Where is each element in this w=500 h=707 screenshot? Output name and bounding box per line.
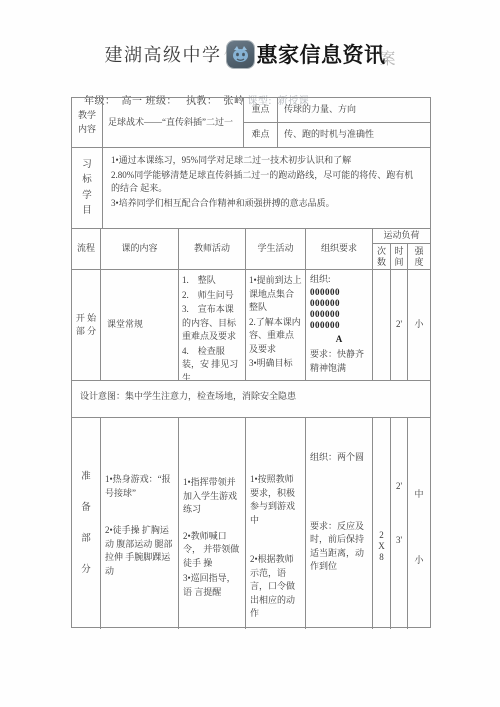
preparation-duration: 2' 3' bbox=[391, 418, 408, 629]
teacher-activity-item: 2•教师喊口令， 并带领做 徒手 操 bbox=[183, 530, 241, 571]
preparation-requirement: 要求：反应及时，前后保持适当距离，动作到位 bbox=[310, 520, 368, 574]
row-opening-part: 开 始 部 分 课堂常规 1. 整队 2. 师生问号 3. 宣布本课的内容、目标… bbox=[72, 270, 430, 381]
formation-row: 000000 bbox=[310, 309, 368, 320]
content-item: 1•热身游戏：“报 号接球” bbox=[105, 473, 174, 500]
preparation-stage-label: 准 备 部 分 bbox=[72, 418, 101, 629]
key-point-text: 传球的力量、方向 bbox=[278, 98, 430, 122]
row-teaching-content: 教学 内容 足球战术——“直传斜插”二过一 重点 传球的力量、方向 难点 传、跑… bbox=[72, 98, 430, 148]
teaching-content-value: 足球战术——“直传斜插”二过一 bbox=[103, 98, 244, 147]
lesson-plan-document: 建湖高级中学 体 惠家信息资讯 案 年级： 高一 班级： 执教： 张岭 课型: … bbox=[0, 0, 500, 707]
opening-stage-label: 开 始 部 分 bbox=[72, 270, 101, 380]
design-intent-text: 设计意图：集中学生注意力，检查场地，消除安全隐患 bbox=[72, 381, 430, 417]
duration-exercise: 3' bbox=[391, 534, 407, 548]
preparation-intensity: 中 小 bbox=[408, 418, 430, 629]
header-duration: 时 间 bbox=[391, 244, 408, 269]
exercise-load-title: 运动负荷 bbox=[373, 229, 430, 244]
teaching-content-label: 教学 内容 bbox=[72, 98, 103, 147]
teacher-activity-item: 1. 整队 bbox=[182, 274, 242, 288]
lesson-plan-table: 教学 内容 足球战术——“直传斜插”二过一 重点 传球的力量、方向 难点 传、跑… bbox=[71, 97, 431, 628]
row-preparation-part: 准 备 部 分 1•热身游戏：“报 号接球” 2•徒手操 扩胸运 动 腹部运动 … bbox=[72, 418, 430, 629]
watermark-text: 惠家信息资讯 bbox=[256, 39, 385, 69]
opening-times-cell bbox=[373, 270, 391, 380]
objective-line: 2.80%同学能够清楚足球直传斜插二过一的跑动路线，尽可能的将传、跑有机的结合 … bbox=[111, 169, 422, 196]
preparation-times: 2 X 8 bbox=[373, 418, 391, 629]
row-design-intent: 设计意图：集中学生注意力，检查场地，消除安全隐患 bbox=[72, 381, 430, 418]
header-student-activity: 学生活动 bbox=[246, 229, 306, 269]
header-exercise-load: 运动负荷 次 数 时 间 强 度 bbox=[373, 229, 430, 269]
organize-title: 组织: bbox=[310, 273, 368, 287]
header-organize: 组织要求 bbox=[306, 229, 373, 269]
opening-intensity: 小 bbox=[408, 270, 430, 380]
formation-row: 000000 bbox=[310, 320, 368, 331]
opening-content: 课堂常规 bbox=[101, 270, 179, 380]
duration-game: 2' bbox=[391, 480, 407, 494]
content-item: 2•徒手操 扩胸运 动 腹部运动 腿部 拉伸 手腕脚踝运 动 bbox=[105, 524, 174, 578]
objectives-text: 1•通过本课练习，95%同学对足球二过一技术初步认识和了解 2.80%同学能够清… bbox=[103, 148, 430, 228]
intensity-game: 中 bbox=[408, 488, 430, 502]
objectives-label: 习 标 学 目 bbox=[72, 148, 103, 228]
preparation-organize: 组织：两个圆 bbox=[310, 451, 368, 465]
preparation-organize-requirements: 组织：两个圆 要求：反应及时，前后保持适当距离，动作到位 bbox=[306, 418, 373, 629]
opening-duration: 2' bbox=[391, 270, 408, 380]
formation-row: 000000 bbox=[310, 298, 368, 309]
school-name: 建湖高级中学 bbox=[104, 41, 221, 67]
teacher-position-mark: A bbox=[310, 333, 368, 347]
preparation-content: 1•热身游戏：“报 号接球” 2•徒手操 扩胸运 动 腹部运动 腿部 拉伸 手腕… bbox=[101, 418, 179, 629]
teacher-activity-item: 4. 检查服装，安 排见习生 bbox=[182, 345, 242, 381]
objective-line: 1•通过本课练习，95%同学对足球二过一技术初步认识和了解 bbox=[111, 154, 422, 168]
points-subtable: 重点 传球的力量、方向 难点 传、跑的时机与准确性 bbox=[244, 98, 430, 147]
header-stage: 流程 bbox=[72, 229, 101, 269]
intensity-exercise: 小 bbox=[408, 554, 430, 568]
difficult-point-label: 难点 bbox=[244, 123, 278, 147]
preparation-teacher-activities: 1•指挥带领并 加入学生游戏 练习 2•教师喊口令， 并带领做 徒手 操 3•巡… bbox=[179, 418, 246, 629]
teacher-activity-item: 2. 师生问号 bbox=[182, 289, 242, 303]
row-objectives: 习 标 学 目 1•通过本课练习，95%同学对足球二过一技术初步认识和了解 2.… bbox=[72, 148, 430, 229]
opening-teacher-activities: 1. 整队 2. 师生问号 3. 宣布本课的内容、目标重难点及要求 4. 检查服… bbox=[179, 270, 246, 380]
preparation-student-activities: 1•按照教师要求，积极参与到游戏中 2•根据教师示范，语言，口令做出相应的动作 bbox=[246, 418, 306, 629]
document-title: 建湖高级中学 体 惠家信息资讯 案 bbox=[0, 36, 500, 72]
teacher-activity-item: 3•巡回指导， 语 言提醒 bbox=[183, 572, 241, 599]
opening-requirement: 要求：快静齐 精神饱满 bbox=[310, 348, 368, 375]
student-activity-item: 3•明确目标 bbox=[249, 357, 302, 371]
student-activity-item: 2.了解本课内容、重难点及要求 bbox=[249, 316, 302, 357]
student-activity-item: 2•根据教师示范，语言，口令做出相应的动作 bbox=[250, 553, 301, 621]
objective-line: 3•培养同学们相互配合合作精神和顽强拼搏的意志品质。 bbox=[111, 197, 422, 211]
header-content: 课的内容 bbox=[101, 229, 179, 269]
opening-organize-requirements: 组织: 000000 000000 000000 000000 A 要求：快静齐… bbox=[306, 270, 373, 380]
opening-student-activities: 1•提前到达上课地点集合整队 2.了解本课内容、重难点及要求 3•明确目标 bbox=[246, 270, 306, 380]
header-times: 次 数 bbox=[373, 244, 391, 269]
header-teacher-activity: 教师活动 bbox=[179, 229, 246, 269]
teacher-activity-item: 3. 宣布本课的内容、目标重难点及要求 bbox=[182, 303, 242, 344]
key-point-label: 重点 bbox=[244, 98, 278, 122]
watermark-app-icon bbox=[227, 41, 254, 68]
teacher-activity-item: 1•指挥带领并 加入学生游戏 练习 bbox=[183, 476, 241, 517]
student-activity-item: 1•按照教师要求，积极参与到游戏中 bbox=[250, 473, 301, 527]
row-column-headers: 流程 课的内容 教师活动 学生活动 组织要求 运动负荷 次 数 时 间 强 度 bbox=[72, 229, 430, 270]
header-intensity: 强 度 bbox=[408, 244, 430, 269]
student-activity-item: 1•提前到达上课地点集合整队 bbox=[249, 274, 302, 315]
difficult-point-text: 传、跑的时机与准确性 bbox=[278, 123, 430, 147]
formation-row: 000000 bbox=[310, 287, 368, 298]
